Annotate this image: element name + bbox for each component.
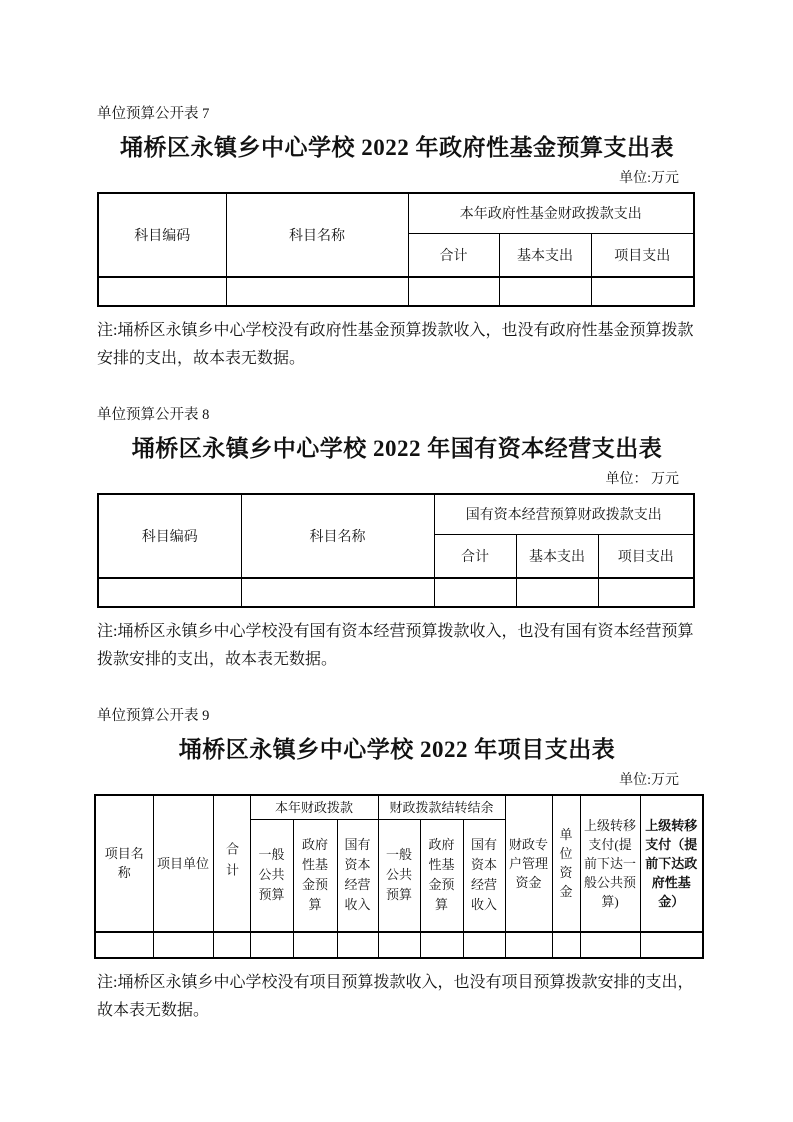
- empty-data-cell: [241, 578, 434, 607]
- header-basic-expense: 基本支出: [516, 534, 598, 578]
- header-group-state-capital-expense: 国有资本经营预算财政拨款支出: [434, 494, 694, 534]
- empty-data-cell: [95, 932, 153, 958]
- table-row: [98, 578, 694, 607]
- empty-data-cell: [98, 578, 241, 607]
- budget-document-page: 单位预算公开表 7 埇桥区永镇乡中心学校 2022 年政府性基金预算支出表 单位…: [0, 0, 793, 1122]
- table-note-9: 注:埇桥区永镇乡中心学校没有项目预算拨款收入，也没有项目预算拨款安排的支出，故本…: [97, 969, 697, 1025]
- empty-data-cell: [516, 578, 598, 607]
- header-project-unit: 项目单位: [153, 795, 213, 932]
- table-title-7: 埇桥区永镇乡中心学校 2022 年政府性基金预算支出表: [97, 133, 697, 163]
- section-table-7: 单位预算公开表 7 埇桥区永镇乡中心学校 2022 年政府性基金预算支出表 单位…: [97, 104, 697, 373]
- header-general-public-budget: 一般公共预算: [378, 820, 420, 932]
- header-gov-fund-budget: 政府性基金预算: [420, 820, 463, 932]
- section-label-8: 单位预算公开表 8: [97, 405, 697, 425]
- empty-data-cell: [153, 932, 213, 958]
- empty-data-cell: [591, 277, 694, 306]
- table-row: [95, 932, 703, 958]
- empty-data-cell: [378, 932, 420, 958]
- empty-data-cell: [420, 932, 463, 958]
- header-transfer-general-budget: 上级转移支付(提前下达一般公共预算): [580, 795, 640, 932]
- header-total: 合计: [434, 534, 516, 578]
- budget-table-9: 项目名称 项目单位 合计 本年财政拨款 财政拨款结转结余 财政专户管理资金 单位…: [94, 794, 704, 959]
- budget-table-7: 科目编码 科目名称 本年政府性基金财政拨款支出 合计 基本支出 项目支出: [97, 192, 695, 307]
- header-subject-name: 科目名称: [241, 494, 434, 578]
- empty-data-cell: [552, 932, 580, 958]
- header-group-gov-fund-expense: 本年政府性基金财政拨款支出: [408, 193, 694, 233]
- empty-data-cell: [226, 277, 408, 306]
- header-gov-fund-budget: 政府性基金预算: [293, 820, 337, 932]
- empty-data-cell: [505, 932, 552, 958]
- header-subject-code: 科目编码: [98, 494, 241, 578]
- header-total: 合计: [213, 795, 250, 932]
- empty-data-cell: [598, 578, 694, 607]
- header-group-current-year-appropriation: 本年财政拨款: [250, 795, 378, 820]
- header-total: 合计: [408, 233, 499, 277]
- header-transfer-gov-fund: 上级转移支付（提前下达政府性基金）: [640, 795, 703, 932]
- table-note-7: 注:埇桥区永镇乡中心学校没有政府性基金预算拨款收入，也没有政府性基金预算拨款安排…: [97, 317, 697, 373]
- header-subject-name: 科目名称: [226, 193, 408, 277]
- section-label-9: 单位预算公开表 9: [97, 706, 697, 726]
- header-fiscal-account-funds: 财政专户管理资金: [505, 795, 552, 932]
- header-unit-funds: 单位资金: [552, 795, 580, 932]
- table-title-8: 埇桥区永镇乡中心学校 2022 年国有资本经营支出表: [97, 434, 697, 464]
- header-basic-expense: 基本支出: [499, 233, 591, 277]
- header-subject-code: 科目编码: [98, 193, 226, 277]
- header-state-capital-income: 国有资本经营收入: [463, 820, 505, 932]
- empty-data-cell: [337, 932, 378, 958]
- table-note-8: 注:埇桥区永镇乡中心学校没有国有资本经营预算拨款收入，也没有国有资本经营预算拨款…: [97, 618, 697, 674]
- budget-table-8: 科目编码 科目名称 国有资本经营预算财政拨款支出 合计 基本支出 项目支出: [97, 493, 695, 608]
- empty-data-cell: [408, 277, 499, 306]
- empty-data-cell: [434, 578, 516, 607]
- section-table-8: 单位预算公开表 8 埇桥区永镇乡中心学校 2022 年国有资本经营支出表 单位：…: [97, 405, 697, 674]
- empty-data-cell: [250, 932, 293, 958]
- empty-data-cell: [463, 932, 505, 958]
- unit-label-9: 单位:万元: [97, 771, 679, 791]
- empty-data-cell: [499, 277, 591, 306]
- empty-data-cell: [98, 277, 226, 306]
- section-label-7: 单位预算公开表 7: [97, 104, 697, 124]
- header-group-carryover-balance: 财政拨款结转结余: [378, 795, 505, 820]
- header-project-name: 项目名称: [95, 795, 153, 932]
- empty-data-cell: [213, 932, 250, 958]
- empty-data-cell: [640, 932, 703, 958]
- table-title-9: 埇桥区永镇乡中心学校 2022 年项目支出表: [97, 735, 697, 765]
- unit-label-7: 单位:万元: [97, 169, 679, 189]
- header-project-expense: 项目支出: [598, 534, 694, 578]
- table-row: [98, 277, 694, 306]
- header-general-public-budget: 一般公共预算: [250, 820, 293, 932]
- unit-label-8: 单位： 万元: [97, 470, 679, 490]
- header-state-capital-income: 国有资本经营收入: [337, 820, 378, 932]
- empty-data-cell: [293, 932, 337, 958]
- empty-data-cell: [580, 932, 640, 958]
- header-project-expense: 项目支出: [591, 233, 694, 277]
- section-table-9: 单位预算公开表 9 埇桥区永镇乡中心学校 2022 年项目支出表 单位:万元 项…: [97, 706, 697, 1025]
